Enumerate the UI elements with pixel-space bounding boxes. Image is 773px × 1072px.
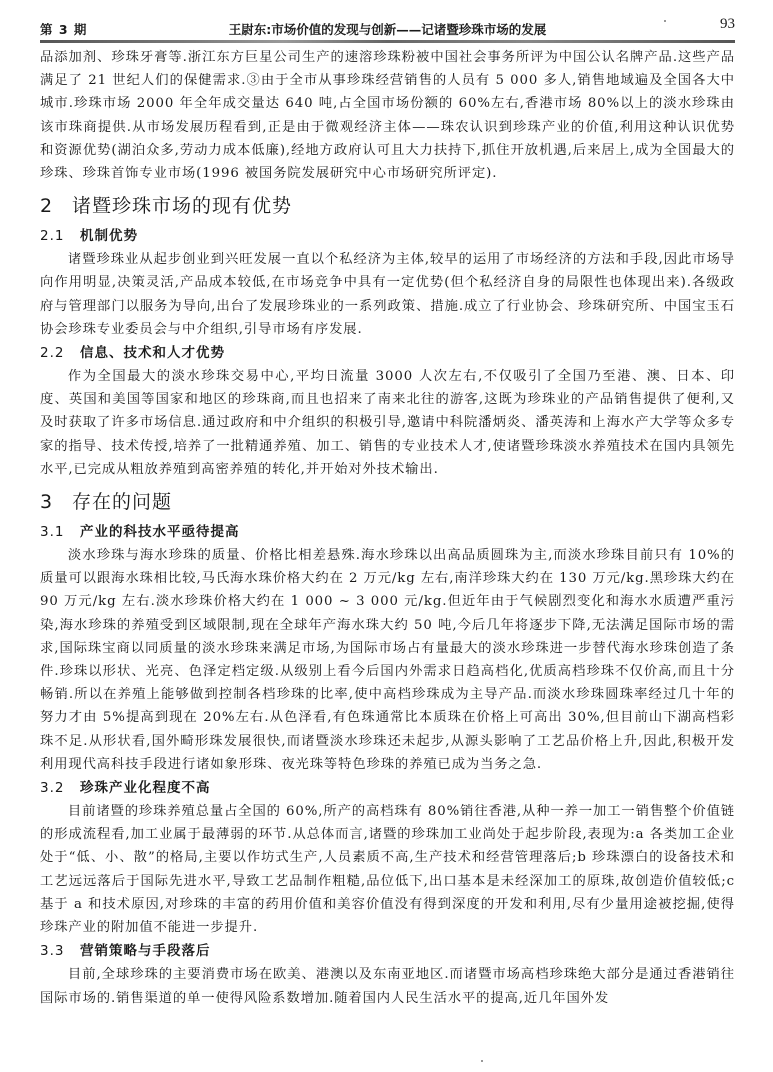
subsection-heading-3-1: 3.1产业的科技水平亟待提高 <box>40 521 735 544</box>
running-title: 王尉东:市场价值的发现与创新——记诸暨珍珠市场的发展 <box>40 20 735 38</box>
paragraph-3-3: 目前,全球珍珠的主要消费市场在欧美、港澳以及东南亚地区.而诸暨市场高档珍珠绝大部… <box>40 963 735 1009</box>
subsection-heading-3-3: 3.3营销策略与手段落后 <box>40 940 735 963</box>
intro-paragraph: 品添加剂、珍珠牙膏等.浙江东方巨星公司生产的速溶珍珠粉被中国社会事务所评为中国公… <box>40 46 735 185</box>
subsection-number: 2.1 <box>40 225 80 248</box>
scan-speck <box>664 20 666 22</box>
paragraph-2-1: 诸暨珍珠业从起步创业到兴旺发展一直以个私经济为主体,较早的运用了市场经济的方法和… <box>40 248 735 341</box>
header-rule <box>40 40 735 43</box>
subsection-title: 营销策略与手段落后 <box>80 943 211 959</box>
scan-speck <box>481 1060 483 1062</box>
page-number: 93 <box>720 16 735 33</box>
paragraph-3-1: 淡水珍珠与海水珍珠的质量、价格比相差悬殊.海水珍珠以出高品质圆珠为主,而淡水珍珠… <box>40 544 735 776</box>
paragraph-2-2: 作为全国最大的淡水珍珠交易中心,平均日流量 3000 人次左右,不仅吸引了全国乃… <box>40 365 735 481</box>
subsection-heading-2-2: 2.2信息、技术和人才优势 <box>40 342 735 365</box>
article-body: 品添加剂、珍珠牙膏等.浙江东方巨星公司生产的速溶珍珠粉被中国社会事务所评为中国公… <box>40 46 735 1010</box>
subsection-number: 3.3 <box>40 940 80 963</box>
subsection-number: 3.2 <box>40 777 80 800</box>
section-heading-3: 3存在的问题 <box>40 488 735 516</box>
subsection-title: 珍珠产业化程度不高 <box>80 780 211 796</box>
subsection-number: 2.2 <box>40 342 80 365</box>
subsection-heading-3-2: 3.2珍珠产业化程度不高 <box>40 777 735 800</box>
section-title: 诸暨珍珠市场的现有优势 <box>72 195 292 217</box>
section-heading-2: 2诸暨珍珠市场的现有优势 <box>40 192 735 220</box>
section-number: 2 <box>40 192 72 220</box>
section-number: 3 <box>40 488 72 516</box>
subsection-number: 3.1 <box>40 521 80 544</box>
paragraph-3-2: 目前诸暨的珍珠养殖总量占全国的 60%,所产的高档珠有 80%销往香港,从种一养… <box>40 800 735 939</box>
running-header: 第 3 期 王尉东:市场价值的发现与创新——记诸暨珍珠市场的发展 93 <box>40 18 735 40</box>
subsection-heading-2-1: 2.1机制优势 <box>40 225 735 248</box>
journal-page: 第 3 期 王尉东:市场价值的发现与创新——记诸暨珍珠市场的发展 93 品添加剂… <box>0 0 773 1072</box>
section-title: 存在的问题 <box>72 491 172 513</box>
subsection-title: 信息、技术和人才优势 <box>80 345 225 361</box>
subsection-title: 机制优势 <box>80 228 138 244</box>
subsection-title: 产业的科技水平亟待提高 <box>80 524 240 540</box>
